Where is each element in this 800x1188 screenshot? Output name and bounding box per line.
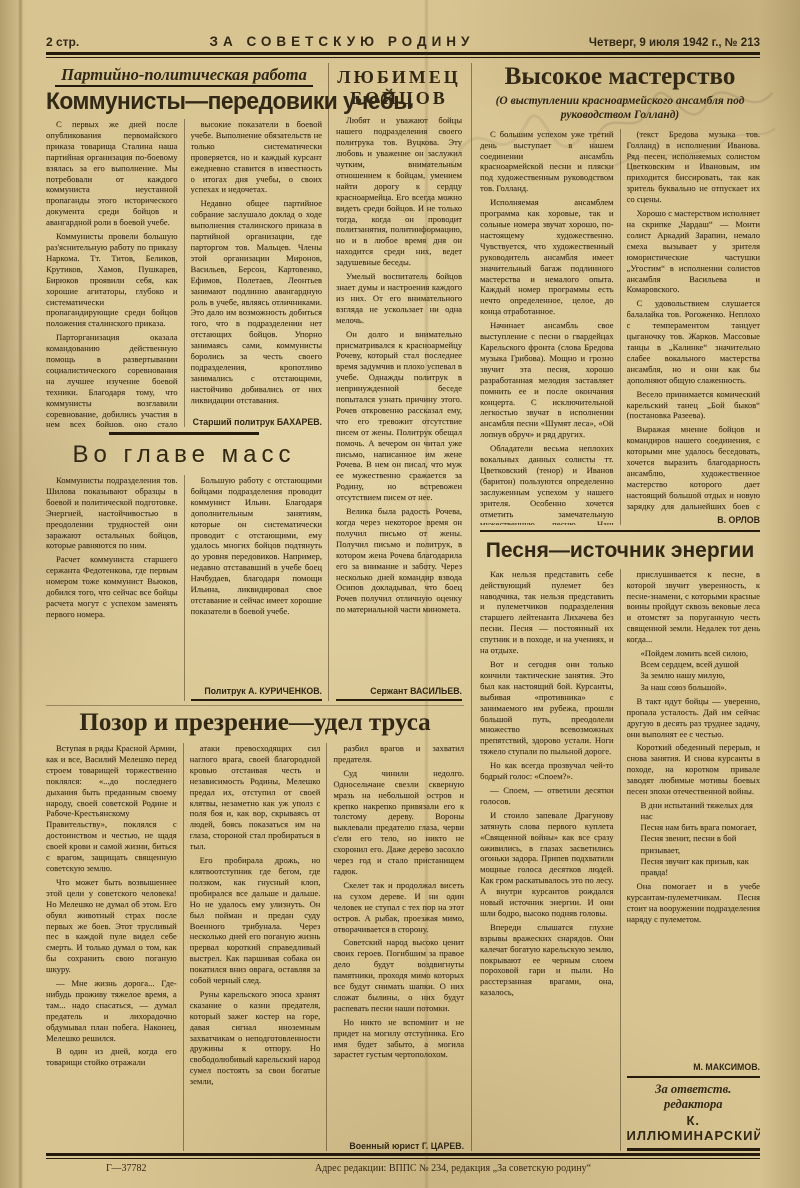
paragraph: атаки превосходящих сил наглого врага, с… — [190, 743, 321, 852]
paragraph: Скелет так и продолжал висеть на сухом д… — [333, 880, 464, 935]
author-signature: М. МАКСИМОВ. — [627, 1062, 761, 1072]
text-column: Коммунисты подразделения тов. Шилова пок… — [46, 475, 178, 701]
article-columns: С первых же дней после опубликования пер… — [46, 119, 322, 427]
paragraph: Как нельзя представить себе действующий … — [480, 569, 614, 656]
newspaper-page: 2 стр. ЗА СОВЕТСКУЮ РОДИНУ Четверг, 9 ию… — [0, 0, 800, 1188]
signature-rule — [191, 699, 323, 701]
author-signature: Сержант ВАСИЛЬЕВ. — [336, 686, 462, 696]
paragraph: Обладатели весьма неплохих вокальных дан… — [480, 443, 614, 525]
paragraph: Вступая в ряды Красной Армии, как и все,… — [46, 743, 177, 874]
page-header: 2 стр. ЗА СОВЕТСКУЮ РОДИНУ Четверг, 9 ию… — [46, 34, 760, 49]
article-columns: С большим успехом уже третий день выступ… — [480, 129, 760, 525]
poem-verse: В дни испытаний тяжелых для нас Песня на… — [627, 800, 761, 878]
paragraph: Что может быть возвышеннее этой цели у с… — [46, 877, 177, 975]
text-column: (текст Бредова музыка тов. Голланд) в ис… — [620, 129, 761, 525]
paragraph: Но никто не вспомнит и не придет на моги… — [333, 1017, 464, 1061]
signature-rule — [336, 699, 462, 701]
paragraph: С большим успехом уже третий день выступ… — [480, 129, 614, 194]
paragraph: — Споем, — ответили десятки голосов. — [480, 785, 614, 807]
text-column: Вступая в ряды Красной Армии, как и все,… — [46, 743, 177, 1151]
fold-crease — [18, 0, 23, 1188]
paragraph: Весело принимается комический карельский… — [627, 389, 761, 422]
article-mastery: Высокое мастерство (О выступлении красно… — [480, 63, 760, 525]
article-communists: Коммунисты—передовики учебы С первых же … — [46, 89, 322, 427]
paragraph: Его пробирала дрожь, но клятвоотступник … — [190, 855, 321, 986]
paragraph: Суд чинили недолго. Односельчане свезли … — [333, 768, 464, 877]
article-song: Песня—источник энергии Как нельзя предст… — [480, 537, 760, 1151]
author-signature: Военный юрист Г. ЦАРЕВ. — [333, 1141, 464, 1151]
page-body: Партийно-политическая работа Коммунисты—… — [46, 63, 760, 1151]
paragraph: Вот и сегодня они только кончили тактиче… — [480, 659, 614, 757]
text-column: С большим успехом уже третий день выступ… — [480, 129, 614, 525]
text-column: высокие показатели в боевой учебе. Выпол… — [184, 119, 323, 427]
paragraph: Впереди слышатся глухие взрывы вражеских… — [480, 922, 614, 998]
article-title: Высокое мастерство — [480, 63, 760, 91]
paragraph: Но как всегда прозвучал чей-то бодрый го… — [480, 760, 614, 782]
paragraph: Он долго и внимательно присматривался к … — [336, 329, 462, 504]
paragraph: В такт идут бойцы — уверенно, пропала ус… — [627, 696, 761, 740]
paragraph: Короткий обеденный перерыв, и снова заня… — [627, 742, 761, 797]
paragraph: Советский народ высоко ценит своих герое… — [333, 937, 464, 1013]
right-zone: Высокое мастерство (О выступлении красно… — [471, 63, 760, 1151]
left-zone: Партийно-политическая работа Коммунисты—… — [46, 63, 464, 1151]
paragraph: Коммунисты подразделения тов. Шилова пок… — [46, 475, 178, 551]
paragraph: Велика была радость Рочева, когда через … — [336, 506, 462, 615]
paragraph: Хорошо с мастерством исполняет на скрипк… — [627, 208, 761, 295]
paragraph: Парторганизация оказала командованию дей… — [46, 332, 178, 427]
paragraph: С первых же дней после опубликования пер… — [46, 119, 178, 228]
text-column: прислушивается к песне, в которой звучит… — [620, 569, 761, 1151]
author-signature: В. ОРЛОВ — [627, 515, 761, 525]
header-rule — [46, 52, 760, 55]
party-work-section: Партийно-политическая работа Коммунисты—… — [46, 63, 322, 701]
poem-verse: «Пойдем ломить всей силою, Всем сердцем,… — [627, 648, 761, 693]
article-title: Во главе масс — [46, 441, 322, 469]
paragraph: Любят и уважают бойцы нашего подразделен… — [336, 115, 462, 268]
editor-name: К. ИЛЛЮМИНАРСКИЙ. — [627, 1113, 761, 1143]
paragraph: прислушивается к песне, в которой звучит… — [627, 569, 761, 645]
editorial-address: Адрес редакции: ВППС № 234, редакция „За… — [266, 1163, 760, 1174]
paragraph: Умелый воспитатель бойцов знает думы и н… — [336, 271, 462, 326]
paragraph: Выражая мнение бойцов и командиров нашег… — [627, 424, 761, 512]
text-column: атаки превосходящих сил наглого врага, с… — [183, 743, 321, 1151]
article-divider-rule — [480, 530, 760, 532]
footer-rule — [46, 1153, 760, 1156]
footer-row: Г—37782 Адрес редакции: ВППС № 234, реда… — [46, 1163, 760, 1174]
article-columns: Как нельзя представить себе действующий … — [480, 569, 760, 1151]
paragraph: Большую работу с отстающими бойцами подр… — [191, 475, 323, 617]
dateline: Четверг, 9 июля 1942 г., № 213 — [548, 37, 760, 49]
newspaper-masthead: ЗА СОВЕТСКУЮ РОДИНУ — [136, 34, 548, 49]
editor-box: За ответств. редактора К. ИЛЛЮМИНАРСКИЙ. — [627, 1076, 761, 1151]
author-signature: Старший политрук БАХАРЕВ. — [191, 417, 323, 427]
paragraph: Начинает ансамбль свое выступление с пес… — [480, 320, 614, 440]
paragraph: В один из дней, когда его товарищи стойк… — [46, 1046, 177, 1068]
paragraph: высокие показатели в боевой учебе. Выпол… — [191, 119, 323, 195]
article-favorite: ЛЮБИМЕЦ БОЙЦОВ Любят и уважают бойцы наш… — [328, 63, 462, 701]
article-title: Песня—источник энергии — [480, 539, 760, 563]
article-columns: Вступая в ряды Красной Армии, как и все,… — [46, 743, 464, 1151]
paragraph: (текст Бредова музыка тов. Голланд) в ис… — [627, 129, 761, 205]
text-column: Как нельзя представить себе действующий … — [480, 569, 614, 1151]
paragraph: Расчет коммуниста старшего сержанта Федо… — [46, 554, 178, 619]
paragraph: Она помогает и в учебе курсантам-пулемет… — [627, 881, 761, 925]
paragraph: Коммунисты провели большую раз'яснительн… — [46, 231, 178, 329]
text-column: С первых же дней после опубликования пер… — [46, 119, 178, 427]
article-subtitle: (О выступлении красноармейского ансамбля… — [480, 94, 760, 123]
page-footer: Г—37782 Адрес редакции: ВППС № 234, реда… — [46, 1153, 760, 1174]
paragraph: разбил врагов и захватил предателя. — [333, 743, 464, 765]
print-code: Г—37782 — [46, 1163, 266, 1174]
paragraph: — Мне жизнь дорога... Где-нибудь проживу… — [46, 978, 177, 1043]
article-title: Коммунисты—передовики учебы — [46, 88, 339, 116]
paragraph: Руны карельского эпоса хранят сказание о… — [190, 989, 321, 1087]
header-rule-thin — [46, 57, 760, 58]
text-column: разбил врагов и захватил предателя. Суд … — [326, 743, 464, 1151]
paragraph: И стоило запевале Драгунову затянуть сло… — [480, 810, 614, 919]
editor-label: За ответств. редактора — [627, 1082, 761, 1112]
footer-rule-thin — [46, 1158, 760, 1159]
page-number: 2 стр. — [46, 35, 136, 49]
article-shame: Позор и презрение—удел труса Вступая в р… — [46, 705, 464, 1151]
article-vanguard: Во главе масс Коммунисты подразделения т… — [46, 441, 322, 701]
article-divider-rule — [109, 432, 259, 435]
article-columns: Коммунисты подразделения тов. Шилова пок… — [46, 475, 322, 701]
paragraph: Исполняемая ансамблем программа как хоро… — [480, 197, 614, 317]
author-signature: Политрук А. КУРИЧЕНКОВ. — [191, 686, 323, 696]
article-title: Позор и презрение—удел труса — [46, 709, 464, 737]
article-text: Любят и уважают бойцы нашего подразделен… — [336, 115, 462, 684]
text-column: Большую работу с отстающими бойцами подр… — [184, 475, 323, 701]
section-heading: Партийно-политическая работа — [46, 65, 322, 85]
paragraph: Недавно общее партийное собрание заслуша… — [191, 198, 323, 405]
paragraph: С удовольствием слушается балалайка тов.… — [627, 298, 761, 385]
left-top-row: Партийно-политическая работа Коммунисты—… — [46, 63, 464, 701]
